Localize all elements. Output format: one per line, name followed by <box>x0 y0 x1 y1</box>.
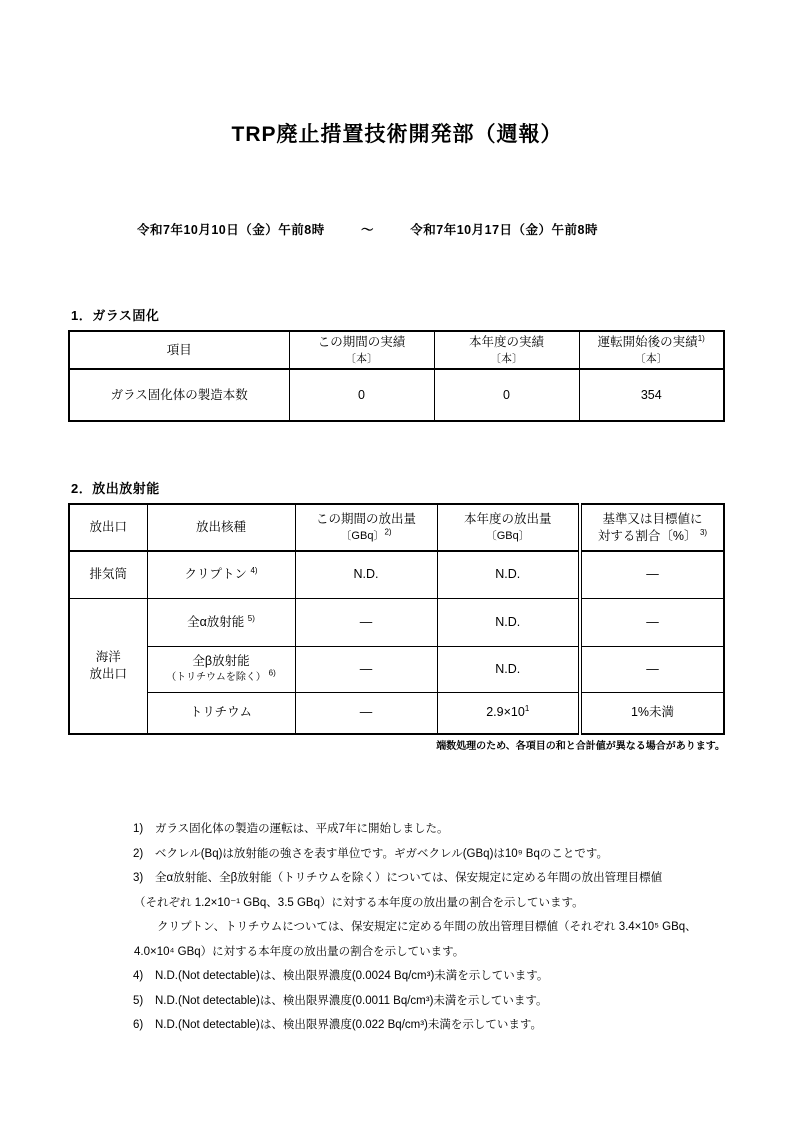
period-start-date: 令和7年10月10日（金）午前8時 <box>137 220 325 238</box>
section1-heading: 1．ガラス固化 <box>71 305 159 324</box>
tritium-exponent: 1 <box>525 704 529 713</box>
period-end-date: 令和7年10月17日（金）午前8時 <box>410 220 598 238</box>
footnote-line: 6)N.D.(Not detectable)は、検出限界濃度(0.022 Bq/… <box>133 1013 733 1038</box>
cell-krypton-year: N.D. <box>437 551 580 598</box>
row-alpha: 海洋放出口 全α放射能 5) — N.D. — <box>69 598 724 646</box>
report-period: 令和7年10月10日（金）午前8時 ～ 令和7年10月17日（金）午前8時 <box>137 220 598 238</box>
footnote-line: クリプトン、トリチウムについては、保安規定に定める年間の放出管理目標値（それぞれ… <box>157 915 733 940</box>
cell-nuclide-beta: 全β放射能（トリチウムを除く） 6) <box>147 646 295 692</box>
vitrification-table: 項目 この期間の実績〔本〕 本年度の実績〔本〕 運転開始後の実績1)〔本〕 ガラ… <box>68 330 725 422</box>
period-tilde: ～ <box>361 220 374 238</box>
footnote-line: （それぞれ 1.2×10⁻¹ GBq、3.5 GBq）に対する本年度の放出量の割… <box>134 891 733 916</box>
cell-alpha-year: N.D. <box>437 598 580 646</box>
footnote-line: 1)ガラス固化体の製造の運転は、平成7年に開始しました。 <box>133 817 733 842</box>
cell-item-label: ガラス固化体の製造本数 <box>69 369 289 421</box>
cell-nuclide-alpha: 全α放射能 5) <box>147 598 295 646</box>
cell-alpha-ratio: — <box>580 598 724 646</box>
row-krypton: 排気筒 クリプトン 4) N.D. N.D. — <box>69 551 724 598</box>
header-total-actual: 運転開始後の実績1)〔本〕 <box>579 331 724 369</box>
cell-total-value: 354 <box>579 369 724 421</box>
row-beta: 全β放射能（トリチウムを除く） 6) — N.D. — <box>69 646 724 692</box>
cell-nuclide-tritium: トリチウム <box>147 692 295 734</box>
cell-outlet-stack: 排気筒 <box>69 551 147 598</box>
footnote-line: 4.0×10⁴ GBq）に対する本年度の放出量の割合を示しています。 <box>134 940 733 965</box>
vitrification-data-row: ガラス固化体の製造本数 0 0 354 <box>69 369 724 421</box>
cell-krypton-period: N.D. <box>295 551 437 598</box>
row-tritium: トリチウム — 2.9×101 1%未満 <box>69 692 724 734</box>
footnote-line: 4)N.D.(Not detectable)は、検出限界濃度(0.0024 Bq… <box>133 964 733 989</box>
footnotes: 1)ガラス固化体の製造の運転は、平成7年に開始しました。 2)ベクレル(Bq)は… <box>133 817 733 1038</box>
cell-beta-period: — <box>295 646 437 692</box>
header-year-unit: 〔本〕 <box>437 352 577 367</box>
section2-heading: 2．放出放射能 <box>71 478 160 497</box>
rounding-note: 端数処理のため、各項目の和と合計値が異なる場合があります。 <box>436 737 725 752</box>
footnote-ref-4: 4) <box>250 566 257 575</box>
cell-outlet-sea: 海洋放出口 <box>69 598 147 734</box>
footnote-ref-5: 5) <box>248 613 255 622</box>
radioactivity-table: 放出口 放出核種 この期間の放出量〔GBq〕2) 本年度の放出量〔GBq〕 基準… <box>68 503 725 735</box>
header-year-release-unit: 〔GBq〕 <box>440 529 577 544</box>
header-year-actual: 本年度の実績〔本〕 <box>434 331 579 369</box>
footnote-ref-3: 3) <box>700 527 707 536</box>
header-outlet: 放出口 <box>69 504 147 551</box>
vitrification-header-row: 項目 この期間の実績〔本〕 本年度の実績〔本〕 運転開始後の実績1)〔本〕 <box>69 331 724 369</box>
cell-beta-ratio: — <box>580 646 724 692</box>
cell-krypton-ratio: — <box>580 551 724 598</box>
header-period-actual: この期間の実績〔本〕 <box>289 331 434 369</box>
radioactivity-header-row: 放出口 放出核種 この期間の放出量〔GBq〕2) 本年度の放出量〔GBq〕 基準… <box>69 504 724 551</box>
cell-year-value: 0 <box>434 369 579 421</box>
header-ratio: 基準又は目標値に対する割合〔%〕 3) <box>580 504 724 551</box>
footnote-line: 3)全α放射能、全β放射能（トリチウムを除く）については、保安規定に定める年間の… <box>133 866 733 891</box>
cell-nuclide-krypton: クリプトン 4) <box>147 551 295 598</box>
header-period-unit: 〔本〕 <box>292 352 432 367</box>
cell-tritium-year: 2.9×101 <box>437 692 580 734</box>
cell-beta-year: N.D. <box>437 646 580 692</box>
footnote-ref-2: 2) <box>384 527 391 536</box>
footnote-line: 2)ベクレル(Bq)は放射能の強さを表す単位です。ギガベクレル(GBq)は10⁹… <box>133 842 733 867</box>
document-page: TRP廃止措置技術開発部（週報） 令和7年10月10日（金）午前8時 ～ 令和7… <box>0 0 794 1123</box>
header-period-release: この期間の放出量〔GBq〕2) <box>295 504 437 551</box>
header-item: 項目 <box>69 331 289 369</box>
header-nuclide: 放出核種 <box>147 504 295 551</box>
cell-alpha-period: — <box>295 598 437 646</box>
cell-nuclide-beta-sub: （トリチウムを除く） 6) <box>150 671 293 685</box>
cell-tritium-period: — <box>295 692 437 734</box>
footnote-ref-1: 1) <box>698 333 705 342</box>
header-total-unit: 〔本〕 <box>582 352 722 367</box>
cell-tritium-ratio: 1%未満 <box>580 692 724 734</box>
header-year-release: 本年度の放出量〔GBq〕 <box>437 504 580 551</box>
footnote-line: 5)N.D.(Not detectable)は、検出限界濃度(0.0011 Bq… <box>133 989 733 1014</box>
cell-period-value: 0 <box>289 369 434 421</box>
footnote-ref-6: 6) <box>269 669 276 678</box>
page-title: TRP廃止措置技術開発部（週報） <box>0 118 794 148</box>
header-period-release-unit: 〔GBq〕2) <box>298 529 435 544</box>
